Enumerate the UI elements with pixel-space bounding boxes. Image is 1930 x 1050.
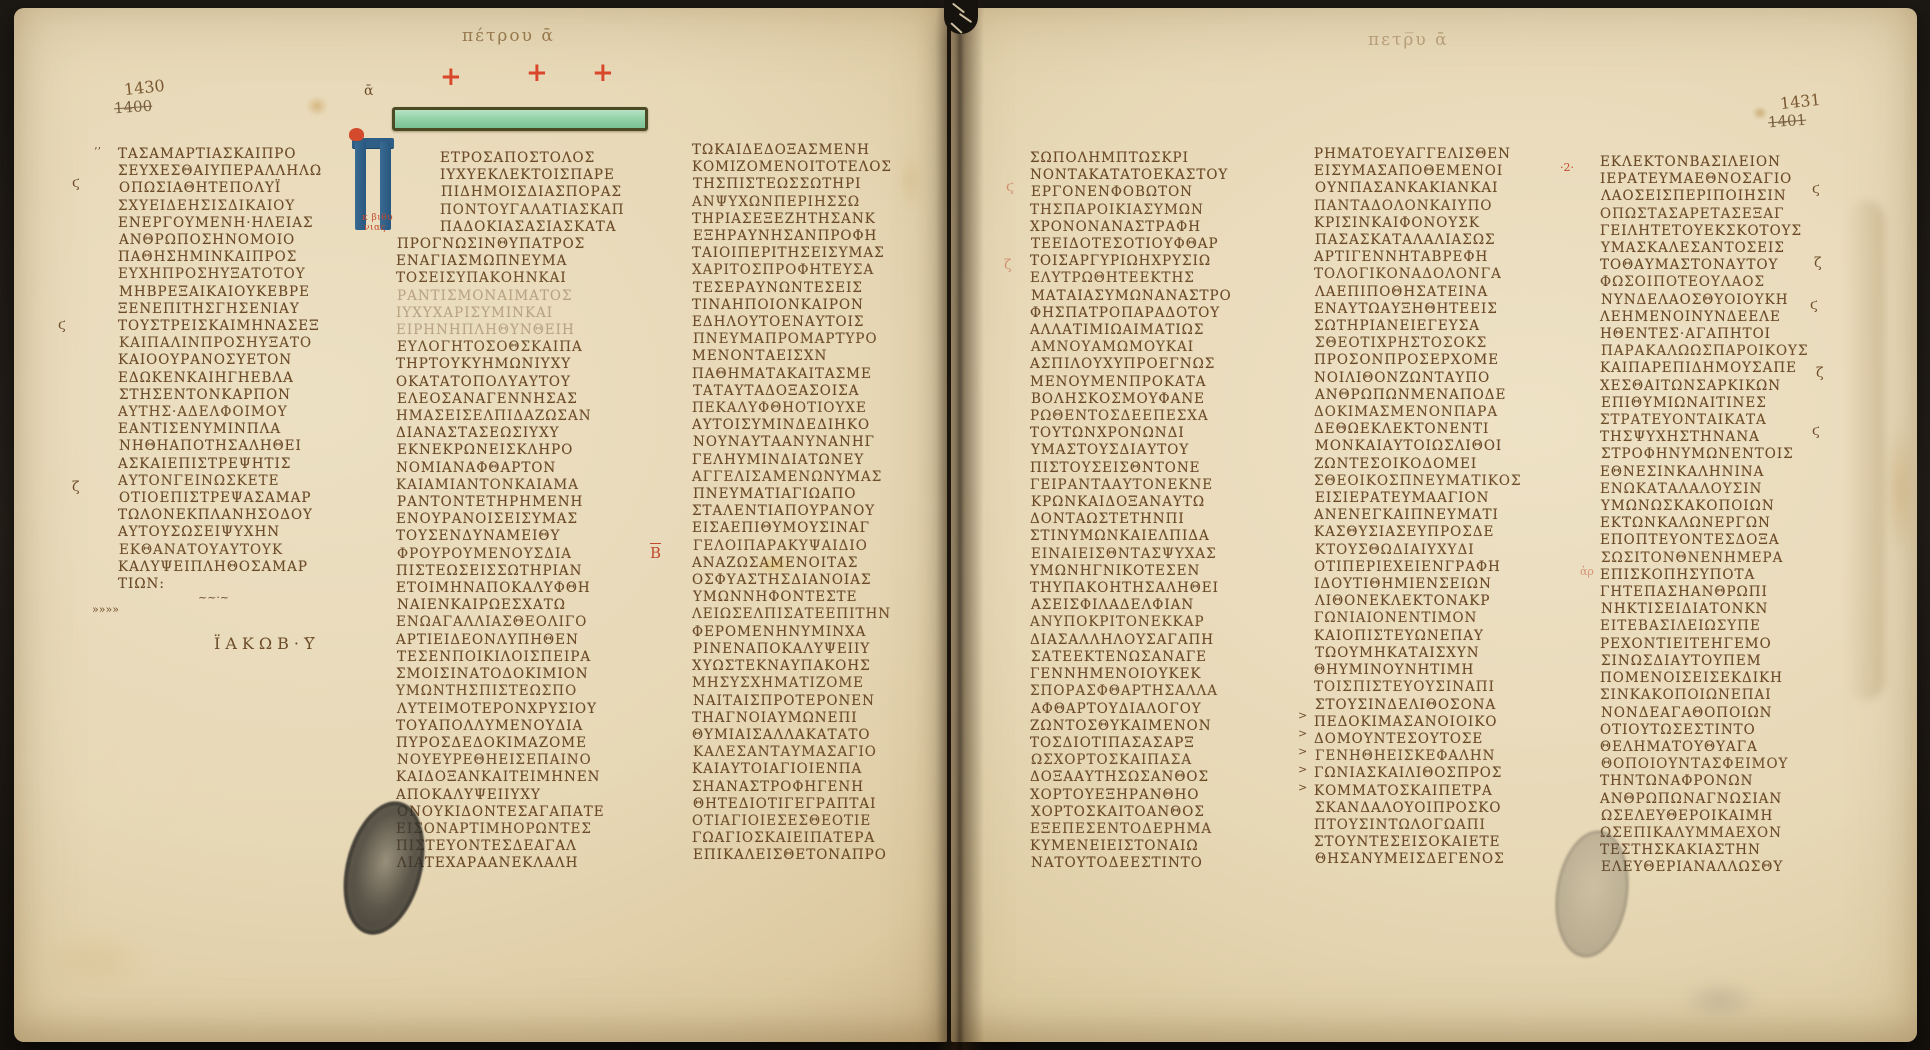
manuscript-text-line: ΤΟΥΣΕΝΔΥΝΑΜΕΙΘΥ (396, 528, 664, 545)
manuscript-text-line: ΟΤΙΠΕΡΙΕΧΕΙΕΝΓΡΑΦΗ (1314, 559, 1582, 576)
manuscript-text-line: ΚΑΛΕΣΑΝΤΑΥΜΑΣΑΓΙΟ (693, 744, 961, 761)
manuscript-text-line: ΜΑΤΑΙΑΣΥΜΩΝΑΝΑΣΤΡΟ (1031, 288, 1299, 305)
manuscript-text-line: ΚΑΙΑΜΙΑΝΤΟΝΚΑΙΑΜΑ (396, 477, 664, 494)
manuscript-text-line: ΠΙΣΤΕΩΣΕΙΣΣΩΤΗΡΙΑΝ (396, 563, 664, 580)
manuscript-text-line: ΣΚΑΝΔΑΛΟΥΟΙΠΡΟΣΚΟ (1315, 800, 1583, 817)
manuscript-text-line: ΣΤΑΛΕΝΤΙΑΠΟΥΡΑΝΟΥ (692, 503, 960, 520)
james-subscription: ΪΑΚΩΒ·Υ̅ (214, 634, 320, 653)
manuscript-text-line: ΥΜΑΣΤΟΥΣΔΙΑΥΤΟΥ (1031, 442, 1299, 459)
manuscript-text-line: ΤΩΟΥΜΗΚΑΤΑΙΣΧΥΝ (1315, 645, 1583, 662)
manuscript-text-line: ΠΡΟΓΝΩΣΙΝΘΥΠΑΤΡΟΣ (397, 236, 665, 253)
manuscript-text-line: ΤΗΑΓΝΟΙΑΥΜΩΝΕΠΙ (692, 710, 960, 727)
manuscript-text-line: ΑΝΨΥΧΩΝΠΕΡΙΗΣΣΩ (692, 194, 960, 211)
manuscript-text-line: ΑΥΤΟΙΣΥΜΙΝΔΕΔΙΗΚΟ (692, 417, 960, 434)
manuscript-text-line: ΧΡΟΝΟΝΑΝΑΣΤΡΑΦΗ (1030, 219, 1298, 236)
manuscript-text-line: ΠΟΝΤΟΥΓΑΛΑΤΙΑΣΚΑΠ (396, 202, 664, 219)
manuscript-text-line: ΜΕΝΟΝΤΑΕΙΣΧΝ (692, 348, 960, 365)
manuscript-text-line: ΚΑΙΟΟΥΡΑΝΟΣΥΕΤΟΝ (118, 352, 386, 369)
manuscript-text-line: ΡΑΝΤΟΝΤΕΤΗΡΗΜΕΝΗ (397, 494, 665, 511)
manuscript-text-line: ΙΕΡΑΤΕΥΜΑΕΘΝΟΣΑΓΙΟ (1600, 171, 1868, 188)
manuscript-text-line: ΝΑΙΤΑΙΣΠΡΟΤΕΡΟΝΕΝ (693, 693, 961, 710)
manuscript-text-line: ΕΞΕΠΕΣΕΝΤΟΔΕΡΗΜΑ (1030, 821, 1298, 838)
manuscript-text-line: ΛΥΤΕΙΜΟΤΕΡΟΝΧΡΥΣΙΟΥ (397, 701, 665, 718)
left-column-2-first-peter-opening: ΕΤΡΟΣΑΠΟΣΤΟΛΟΣΙΥΧΥΕΚΛΕΚΤΟΙΣΠΑΡΕΠΙΔΗΜΟΙΣΔ… (396, 150, 664, 873)
manuscript-text-line: ΕΘΝΕΣΙΝΚΑΛΗΝΙΝΑ (1600, 464, 1868, 481)
running-header-right: πετρ̅υ ᾱ (1368, 30, 1449, 50)
manuscript-text-line: ΕΙΡΗΝΗΠΛΗΘΥΝΘΕΙΗ (396, 322, 664, 339)
manuscript-text-line: ΤΑΣΑΜΑΡΤΙΑΣΚΑΙΠΡΟ (118, 146, 386, 163)
manuscript-text-line: ΕΠΙΘΥΜΙΩΝΑΙΤΙΝΕΣ (1601, 395, 1869, 412)
manuscript-text-line: ΩΣΕΛΕΥΘΕΡΟΙΚΑΙΜΗ (1601, 808, 1869, 825)
rubric-cross-icon: + (440, 62, 462, 92)
manuscript-text-line: ΣΧΥΕΙΔΕΗΣΙΣΔΙΚΑΙΟΥ (118, 198, 386, 215)
manuscript-text-line: ΔΟΝΤΑΩΣΤΕΤΗΝΠΙ (1030, 511, 1298, 528)
right-column-3: ΕΚΛΕΚΤΟΝΒΑΣΙΛΕΙΟΝΙΕΡΑΤΕΥΜΑΕΘΝΟΣΑΓΙΟΛΑΟΣΕ… (1600, 154, 1868, 877)
manuscript-text-line: ΟΝΟΥΚΙΔΟΝΤΕΣΑΓΑΠΑΤΕ (397, 804, 665, 821)
right-column-1: ΣΩΠΟΛΗΜΠΤΩΣΚΡΙΝΟΝΤΑΚΑΤΑΤΟΕΚΑΣΤΟΥΕΡΓΟΝΕΝΦ… (1030, 150, 1298, 873)
manuscript-text-line: ΚΤΟΥΣΘΩΔΙΑΙΥΧΥΔΙ (1315, 542, 1583, 559)
manuscript-text-line: ΕΙΝΑΙΕΙΣΘΝΤΑΣΨΥΧΑΣ (1031, 546, 1299, 563)
manuscript-text-line: ΤΟΛΟΓΙΚΟΝΑΔΟΛΟΝΓΑ (1314, 266, 1582, 283)
marginal-mark-chapter-numeral-beta: Β (650, 546, 661, 561)
manuscript-text-line: ΙΥΧΥΧΑΡΙΣΥΜΙΝΚΑΙ (396, 305, 664, 322)
manuscript-text-line: ΕΞΗΡΑΥΝΗΣΑΝΠΡΟΦΗ (693, 228, 961, 245)
manuscript-text-line: ΣΗΑΝΑΣΤΡΟΦΗΓΕΝΗ (692, 779, 960, 796)
manuscript-text-line: ΠΝΕΥΜΑΤΙΑΓΙΩΑΠΟ (693, 486, 961, 503)
manuscript-text-line: ΑΝΘΡΩΠΟΣΗΝΟΜΟΙΟ (119, 232, 387, 249)
manuscript-text-line: ΣΤΡΑΤΕΥΟΝΤΑΙΚΑΤΑ (1600, 412, 1868, 429)
manuscript-text-line: ΠΙΔΗΜΟΙΣΔΙΑΣΠΟΡΑΣ (397, 184, 665, 201)
manuscript-text-line: ΗΘΕΝΤΕΣ·ΑΓΑΠΗΤΟΙ (1600, 326, 1868, 343)
manuscript-text-line: ΤΟΣΔΙΟΤΙΠΑΣΑΣΑΡΞ (1030, 735, 1298, 752)
manuscript-text-line: ΥΜΑΣΚΑΛΕΣΑΝΤΟΣΕΙΣ (1601, 240, 1869, 257)
marginal-mark-edge-sign-2: ζ (1814, 256, 1822, 270)
manuscript-text-line: ΚΟΜΜΑΤΟΣΚΑΙΠΕΤΡΑ (1314, 783, 1582, 800)
manuscript-text-line: ΔΟΜΟΥΝΤΕΣΟΥΤΟΣΕ (1314, 731, 1582, 748)
marginal-mark-diple-3: > (1298, 746, 1307, 757)
manuscript-text-line: ΦΗΣΠΑΤΡΟΠΑΡΑΔΟΤΟΥ (1030, 305, 1298, 322)
manuscript-text-line: ΣΙΝΚΑΚΟΠΟΙΩΝΕΠΑΙ (1600, 687, 1868, 704)
manuscript-text-line: ΩΣΕΠΙΚΑΛΥΜΜΑΕΧΟΝ (1600, 825, 1868, 842)
manuscript-text-line: ΠΑΔΟΚΙΑΣΑΣΙΑΣΚΑΤΑ (396, 219, 664, 236)
manuscript-text-line: ΝΟΥΕΥΡΕΘΗΕΙΣΕΠΑΙΝΟ (397, 752, 665, 769)
manuscript-text-line: ΠΑΝΤΑΔΟΛΟΝΚΑΙΥΠΟ (1314, 198, 1582, 215)
manuscript-text-line: ΣΤΙΝΥΜΩΝΚΑΙΕΛΠΙΔΑ (1030, 528, 1298, 545)
manuscript-text-line: ΧΟΡΤΟΥΕΞΗΡΑΝΘΗΟ (1030, 787, 1298, 804)
manuscript-text-line: ΓΕΙΛΗΤΕΤΟΥΕΚΣΚΟΤΟΥΣ (1600, 223, 1868, 240)
manuscript-text-line: ΕΚΛΕΚΤΟΝΒΑΣΙΛΕΙΟΝ (1600, 154, 1868, 171)
manuscript-text-line: ΦΡΟΥΡΟΥΜΕΝΟΥΣΔΙΑ (397, 546, 665, 563)
manuscript-text-line: ΞΕΝΕΠΙΤΗΣΓΗΣΕΝΙΑΥ (118, 301, 386, 318)
manuscript-text-line: ΘΗΥΜΙΝΟΥΝΗΤΙΜΗ (1314, 662, 1582, 679)
manuscript-text-line: ΑΣΚΑΙΕΠΙΣΤΡΕΨΗΤΙΣ (118, 456, 386, 473)
manuscript-text-line: ΕΝΩΑΓΑΛΛΙΑΣΘΕΟΛΙΓΟ (396, 614, 664, 631)
manuscript-text-line: ΑΓΓΕΛΙΣΑΜΕΝΩΝΥΜΑΣ (692, 469, 960, 486)
manuscript-text-line: ΩΣΧΟΡΤΟΣΚΑΙΠΑΣΑ (1031, 752, 1299, 769)
manuscript-text-line: ΘΕΛΗΜΑΤΟΥΘΥΑΓΑ (1600, 739, 1868, 756)
manuscript-text-line: ΥΜΩΝΤΗΣΠΙΣΤΕΩΣΠΟ (396, 683, 664, 700)
left-column-1-james-ending: ΤΑΣΑΜΑΡΤΙΑΣΚΑΙΠΡΟΣΕΥΧΕΣΘΑΙΥΠΕΡΑΛΛΗΛΩΟΠΩΣ… (118, 146, 386, 593)
manuscript-text-line: ΠΑΘΗΜΑΤΑΚΑΙΤΑΣΜΕ (692, 366, 960, 383)
manuscript-text-line: ΠΕΔΟΚΙΜΑΣΑΝΟΙΟΙΚΟ (1314, 714, 1582, 731)
manuscript-text-line: ΕΠΟΠΤΕΥΟΝΤΕΣΔΟΞΑ (1600, 532, 1868, 549)
manuscript-text-line: ΣΩΠΟΛΗΜΠΤΩΣΚΡΙ (1030, 150, 1298, 167)
manuscript-text-line: ΤΩΛΟΝΕΚΠΛΑΝΗΣΟΔΟΥ (118, 507, 386, 524)
manuscript-text-line: ΑΝΘΡΩΠΩΝΑΓΝΩΣΙΑΝ (1600, 791, 1868, 808)
manuscript-text-line: ΓΩΑΓΙΟΣΚΑΙΕΙΠΑΤΕΡΑ (692, 830, 960, 847)
manuscript-text-line: ΣΠΟΡΑΣΦΘΑΡΤΗΣΑΛΛΑ (1030, 683, 1298, 700)
manuscript-text-line: ΕΠΙΚΑΛΕΙΣΘΕΤΟΝΑΠΡΟ (693, 847, 961, 864)
marginal-mark-edge-sign-1: ϛ (1812, 182, 1820, 196)
manuscript-text-line: ΑΜΝΟΥΑΜΩΜΟΥΚΑΙ (1031, 339, 1299, 356)
manuscript-text-line: ΕΔΗΛΟΥΤΟΕΝΑΥΤΟΙΣ (692, 314, 960, 331)
manuscript-text-line: ΝΑΙΕΝΚΑΙΡΩΕΣΧΑΤΩ (397, 597, 665, 614)
manuscript-text-line: ΜΗΒΡΕΞΑΙΚΑΙΟΥΚΕΒΡΕ (119, 284, 387, 301)
manuscript-text-line: ΤΗΣΠΙΣΤΕΩΣΣΩΤΗΡΙ (693, 176, 961, 193)
marginal-mark-squiggle-row: »»»» (92, 604, 119, 615)
codex-photograph: πέτρου ᾱ πετρ̅υ ᾱ 1430 1400 1431 1401 + … (0, 0, 1930, 1050)
manuscript-text-line: ΕΚΤΩΝΚΑΛΩΝΕΡΓΩΝ (1600, 515, 1868, 532)
manuscript-text-line: ΤΟΥΣΤΡΕΙΣΚΑΙΜΗΝΑΣΕΞ (118, 318, 386, 335)
manuscript-text-line: ΝΑΤΟΥΤΟΔΕΕΣΤΙΝΤΟ (1031, 855, 1299, 872)
manuscript-text-line: ΓΕΝΝΗΜΕΝΟΙΟΥΚΕΚ (1030, 666, 1298, 683)
running-header-left: πέτρου ᾱ (462, 26, 555, 46)
manuscript-text-line: ΕΤΟΙΜΗΝΑΠΟΚΑΛΥΦΘΗ (396, 580, 664, 597)
manuscript-text-line: ΕΠΙΣΚΟΠΗΣΥΠΟΤΑ (1600, 567, 1868, 584)
manuscript-text-line: ΤΩΚΑΙΔΕΔΟΞΑΣΜΕΝΗ (692, 142, 960, 159)
manuscript-text-line: ΓΕΙΡΑΝΤΑΑΥΤΟΝΕΚΝΕ (1030, 477, 1298, 494)
manuscript-text-line: ΣΜΟΙΣΙΝΑΤΟΔΟΚΙΜΙΟΝ (396, 666, 664, 683)
marginal-mark-margin-sign-1: ϛ (72, 176, 80, 190)
manuscript-text-line: ΠΑΘΗΣΗΜΙΝΚΑΙΠΡΟΣ (118, 249, 386, 266)
manuscript-text-line: ΣΙΝΩΣΔΙΑΥΤΟΥΠΕΜ (1601, 653, 1869, 670)
manuscript-text-line: ΘΗΣΑΝΥΜΕΙΣΔΕΓΕΝΟΣ (1315, 851, 1583, 868)
manuscript-text-line: ΝΥΝΔΕΛΑΟΣΘΥΟΙΟΥΚΗ (1601, 292, 1869, 309)
manuscript-text-line: ΡΙΝΕΝΑΠΟΚΑΛΥΨΕΙΙΥ (693, 641, 961, 658)
manuscript-text-line: ΟΚΑΤΑΤΟΠΟΛΥΑΥΤΟΥ (396, 374, 664, 391)
manuscript-text-line: ΕΛΕΟΣΑΝΑΓΕΝΝΗΣΑΣ (397, 391, 665, 408)
manuscript-text-line: ΔΙΑΝΑΣΤΑΣΕΩΣΙΥΧΥ (396, 425, 664, 442)
manuscript-text-line: ΕΙΤΕΒΑΣΙΛΕΙΩΣΥΠΕ (1600, 618, 1868, 635)
marginal-mark-edge-sign-4: ζ (1816, 366, 1824, 380)
manuscript-text-line: ΑΣΠΙΛΟΥΧΥΠΡΟΕΓΝΩΣ (1030, 356, 1298, 373)
manuscript-text-line: ΖΩΝΤΟΣΘΥΚΑΙΜΕΝΟΝ (1030, 718, 1298, 735)
manuscript-text-line: ΙΔΟΥΤΙΘΗΜΙΕΝΣΕΙΩΝ (1314, 576, 1582, 593)
marginal-mark-end-ornament: ~~·~ (198, 592, 229, 603)
manuscript-text-line: ΟΥΝΠΑΣΑΝΚΑΚΙΑΝΚΑΙ (1315, 180, 1583, 197)
manuscript-text-line: ΚΑΙΟΠΙΣΤΕΥΩΝΕΠΑΥ (1314, 628, 1582, 645)
manuscript-text-line: ΛΕΗΜΕΝΟΙΝΥΝΔΕΕΛΕ (1600, 309, 1868, 326)
manuscript-text-line: ΑΥΤΟΥΣΩΣΕΙΨΥΧΗΝ (118, 524, 386, 541)
manuscript-text-line: ΑΥΤΟΝΓΕΙΝΩΣΚΕΤΕ (118, 473, 386, 490)
manuscript-text-line: ΤΗΣΨΥΧΗΣΤΗΝΑΝΑ (1600, 429, 1868, 446)
manuscript-text-line: ΤΟΣΕΙΣΥΠΑΚΟΗΝΚΑΙ (396, 270, 664, 287)
manuscript-text-line: ΠΡΟΣΟΝΠΡΟΣΕΡΧΟΜΕ (1314, 352, 1582, 369)
manuscript-text-line: ΚΟΜΙΖΟΜΕΝΟΙΤΟΤΕΛΟΣ (692, 159, 960, 176)
manuscript-text-line: ΣΤΟΥΣΙΝΔΕΛΙΘΟΣΟΝΑ (1315, 697, 1583, 714)
manuscript-text-line: ΕΝΟΥΡΑΝΟΙΣΕΙΣΥΜΑΣ (396, 511, 664, 528)
manuscript-text-line: ΓΕΛΗΥΜΙΝΔΙΑΤΩΝΕΥ (692, 452, 960, 469)
manuscript-text-line: ΤΕΣΕΡΑΥΝΩΝΤΕΣΕΙΣ (693, 280, 961, 297)
manuscript-text-line: ΚΑΙΔΟΞΑΝΚΑΙΤΕΙΜΗΝΕΝ (396, 769, 664, 786)
marginal-mark-diple-5: > (1298, 782, 1307, 793)
marginal-mark-quote-marks: ’’ (94, 146, 101, 157)
manuscript-text-line: ΥΜΩΝΩΣΚΑΚΟΠΟΙΩΝ (1601, 498, 1869, 515)
manuscript-text-line: ΑΡΤΙΓΕΝΝΗΤΑΒΡΕΦΗ (1314, 249, 1582, 266)
manuscript-text-line: ΑΝΑΖΩΣΑΜΕΝΟΙΤΑΣ (692, 555, 960, 572)
marginal-mark-lection-note: ἀρ (1580, 566, 1594, 577)
manuscript-text-line: ΤΗΡΤΟΥΚΥΗΜΩΝΙΥΧΥ (396, 356, 664, 373)
manuscript-text-line: ΤΕΣΕΝΠΟΙΚΙΛΟΙΣΠΕΙΡΑ (397, 649, 665, 666)
manuscript-text-line: ΑΝΥΠΟΚΡΙΤΟΝΕΚΚΑΡ (1030, 614, 1298, 631)
manuscript-text-line: ΣΤΡΟΦΗΝΥΜΩΝΕΝΤΟΙΣ (1601, 446, 1869, 463)
manuscript-text-line: ΟΣΦΥΑΣΤΗΣΔΙΑΝΟΙΑΣ (692, 572, 960, 589)
manuscript-text-line: ΝΟΝΔΕΑΓΑΘΟΠΟΙΩΝ (1601, 705, 1869, 722)
marginal-mark-diple-4: > (1298, 764, 1307, 775)
manuscript-text-line: ΗΜΑΣΕΙΣΕΛΠΙΔΑΖΩΣΑΝ (396, 408, 664, 425)
manuscript-text-line: ΣΘΕΟΙΚΟΣΠΝΕΥΜΑΤΙΚΟΣ (1314, 473, 1582, 490)
manuscript-text-line: ΜΟΝΚΑΙΑΥΤΟΙΩΣΛΙΘΟΙ (1315, 438, 1583, 455)
manuscript-text-line: ΑΝΕΝΕΓΚΑΙΠΝΕΥΜΑΤΙ (1314, 507, 1582, 524)
manuscript-text-line: ΑΠΟΚΑΛΥΨΕΙΙΥΧΥ (396, 787, 664, 804)
manuscript-text-line: ΚΥΜΕΝΕΙΕΙΣΤΟΝΑΙΩ (1030, 838, 1298, 855)
manuscript-text-line: ΛΕΙΩΣΕΛΠΙΣΑΤΕΕΠΙΤΗΝ (692, 606, 960, 623)
page-number-left-struck: 1400 (113, 97, 152, 118)
manuscript-text-line: ΟΠΩΣΤΑΣΑΡΕΤΑΣΕΞΑΓ (1600, 206, 1868, 223)
manuscript-text-line: ΒΟΛΗΣΚΟΣΜΟΥΦΑΝΕ (1031, 391, 1299, 408)
manuscript-text-line: ΤΟΙΣΑΡΓΥΡΙΩΗΧΡΥΣΙΩ (1030, 253, 1298, 270)
right-column-2: ΡΗΜΑΤΟΕΥΑΓΓΕΛΙΣΘΕΝΕΙΣΥΜΑΣΑΠΟΘΕΜΕΝΟΙΟΥΝΠΑ… (1314, 146, 1582, 869)
manuscript-text-line: ΑΥΤΗΣ·ΑΔΕΛΦΟΙΜΟΥ (118, 404, 386, 421)
manuscript-text-line: ΕΤΡΟΣΑΠΟΣΤΟΛΟΣ (396, 150, 664, 167)
manuscript-text-line: ΣΕΥΧΕΣΘΑΙΥΠΕΡΑΛΛΗΛΩ (118, 163, 386, 180)
manuscript-text-line: ΔΟΞΑΑΥΤΗΣΩΣΑΝΘΟΣ (1030, 769, 1298, 786)
marginal-mark-diple-1: > (1298, 710, 1307, 721)
manuscript-text-line: ΑΝΘΡΩΠΩΝΜΕΝΑΠΟΔΕ (1315, 387, 1583, 404)
manuscript-text-line: ΘΥΜΙΑΙΣΑΛΛΑΚΑΤΑΤΟ (692, 727, 960, 744)
manuscript-text-line: ΤΟΥΤΩΝΧΡΟΝΩΝΔΙ (1030, 425, 1298, 442)
manuscript-text-line: ΤΕΣΤΗΣΚΑΚΙΑΣΤΗΝ (1600, 842, 1868, 859)
manuscript-text-line: ΠΙΣΤΟΥΣΕΙΣΘΝΤΟΝΕ (1030, 460, 1298, 477)
manuscript-text-line: ΕΛΥΤΡΩΘΗΤΕΕΚΤΗΣ (1030, 270, 1298, 287)
manuscript-text-line: ΕΝΕΡΓΟΥΜΕΝΗ·ΗΛΕΙΑΣ (118, 215, 386, 232)
manuscript-text-line: ΧΥΩΣΤΕΚΝΑΥΠΑΚΟΗΣ (692, 658, 960, 675)
manuscript-text-line: ΓΕΝΗΘΗΕΙΣΚΕΦΑΛΗΝ (1315, 748, 1583, 765)
manuscript-text-line: ΝΟΝΤΑΚΑΤΑΤΟΕΚΑΣΤΟΥ (1030, 167, 1298, 184)
manuscript-text-line: ΕΝΑΓΙΑΣΜΩΠΝΕΥΜΑ (396, 253, 664, 270)
manuscript-text-line: ΑΦΘΑΡΤΟΥΔΙΑΛΟΓΟΥ (1031, 701, 1299, 718)
manuscript-text-line: ΤΙΝΑΗΠΟΙΟΝΚΑΙΡΟΝ (692, 297, 960, 314)
marginal-mark-margin-sign-2: ϛ (58, 318, 66, 332)
left-column-3: ΤΩΚΑΙΔΕΔΟΞΑΣΜΕΝΗΚΟΜΙΖΟΜΕΝΟΙΤΟΤΕΛΟΣΤΗΣΠΙΣ… (692, 142, 960, 865)
marginal-mark-margin-sign-red-1: ϛ (1006, 180, 1014, 194)
manuscript-text-line: ΤΗΝΤΩΝΑΦΡΟΝΩΝ (1600, 773, 1868, 790)
manuscript-text-line: ΝΟΥΝΑΥΤΑΑΝΥΝΑΝΗΓ (693, 434, 961, 451)
manuscript-text-line: ΦΩΣΟΙΠΟΤΕΟΥΛΑΟΣ (1600, 274, 1868, 291)
manuscript-text-line: ΣΑΤΕΕΚΤΕΝΩΣΑΝΑΓΕ (1031, 649, 1299, 666)
manuscript-text-line: ΠΥΡΟΣΔΕΔΟΚΙΜΑΖΟΜΕ (396, 735, 664, 752)
manuscript-text-line: ΡΗΜΑΤΟΕΥΑΓΓΕΛΙΣΘΕΝ (1314, 146, 1582, 163)
manuscript-text-line: ΤΗΣΠΑΡΟΙΚΙΑΣΥΜΩΝ (1030, 202, 1298, 219)
manuscript-text-line: ΕΙΣΙΕΡΑΤΕΥΜΑΑΓΙΟΝ (1315, 490, 1583, 507)
manuscript-text-line: ΑΛΛΑΤΙΜΙΩΑΙΜΑΤΙΩΣ (1030, 322, 1298, 339)
manuscript-text-line: ΣΩΣΙΤΟΝΘΝΕΝΗΜΕΡΑ (1601, 550, 1869, 567)
manuscript-text-line: ΤΕΕΙΔΟΤΕΣΟΤΙΟΥΦΘΑΡ (1031, 236, 1299, 253)
manuscript-text-line: ΤΙΩΝ: (118, 576, 386, 593)
marginal-mark-margin-sign-3: ζ (72, 480, 80, 494)
manuscript-text-line: ΥΜΩΝΗΓΝΙΚΟΤΕΣΕΝ (1030, 563, 1298, 580)
manuscript-text-line: ΣΤΗΣΕΝΤΟΝΚΑΡΠΟΝ (119, 387, 387, 404)
manuscript-text-line: ΓΗΤΕΠΑΣΗΑΝΘΡΩΠΙ (1600, 584, 1868, 601)
manuscript-text-line: ΠΑΡΑΚΑΛΩΩΣΠΑΡΟΙΚΟΥΣ (1601, 343, 1869, 360)
manuscript-text-line: ΤΟΘΑΥΜΑΣΤΟΝΑΥΤΟΥ (1600, 257, 1868, 274)
manuscript-text-line: ΡΕΧΟΝΤΙΕΙΤΕΗΓΕΜΟ (1600, 636, 1868, 653)
manuscript-text-line: ΠΤΟΥΣΙΝΤΩΛΟΓΩΑΠΙ (1314, 817, 1582, 834)
manuscript-text-line: ΛΙΑΤΕΧΑΡΑΑΝΕΚΛΑΛΗ (397, 855, 665, 872)
manuscript-text-line: ΚΑΙΑΥΤΟΙΑΓΙΟΙΕΝΠΑ (692, 761, 960, 778)
manuscript-text-line: ΧΑΡΙΤΟΣΠΡΟΦΗΤΕΥΣΑ (692, 262, 960, 279)
manuscript-text-line: ΓΩΝΙΑΣΚΑΙΛΙΘΟΣΠΡΟΣ (1314, 765, 1582, 782)
manuscript-text-line: ΚΑΛΥΨΕΙΠΛΗΘΟΣΑΜΑΡ (118, 559, 386, 576)
manuscript-text-line: ΦΕΡΟΜΕΝΗΝΥΜΙΝΧΑ (692, 624, 960, 641)
marginal-mark-section-numeral-2: ·2· (1560, 162, 1574, 173)
manuscript-text-line: ΕΡΓΟΝΕΝΦΟΒΩΤΟΝ (1031, 184, 1299, 201)
manuscript-text-line: ΤΗΥΠΑΚΟΗΤΗΣΑΛΗΘΕΙ (1030, 580, 1298, 597)
manuscript-text-line: ΑΣΕΙΣΦΙΛΑΔΕΛΦΙΑΝ (1031, 597, 1299, 614)
manuscript-text-line: ΠΝΕΥΜΑΠΡΟΜΑΡΤΥΡΟ (693, 331, 961, 348)
manuscript-text-line: ΚΑΙΠΑΛΙΝΠΡΟΣΗΥΞΑΤΟ (119, 335, 387, 352)
manuscript-text-line: ΔΙΑΣΑΛΛΗΛΟΥΣΑΓΑΠΗ (1030, 632, 1298, 649)
manuscript-text-line: ΚΡΙΣΙΝΚΑΙΦΟΝΟΥΣΚ (1314, 215, 1582, 232)
incipit-headband (392, 107, 648, 131)
manuscript-text-line: ΕΥΛΟΓΗΤΟΣΟΘΣΚΑΙΠΑ (397, 339, 665, 356)
manuscript-text-line: ΕΛΕΥΘΕΡΙΑΝΑΛΛΩΣΘΥ (1601, 859, 1869, 876)
manuscript-text-line: ΕΚΘΑΝΑΤΟΥΑΥΤΟΥΚ (119, 542, 387, 559)
manuscript-text-line: ΕΚΝΕΚΡΩΝΕΙΣΚΛΗΡΟ (397, 442, 665, 459)
manuscript-text-line: ΝΟΜΙΑΝΑΦΘΑΡΤΟΝ (396, 460, 664, 477)
manuscript-text-line: ΖΩΝΤΕΣΟΙΚΟΔΟΜΕΙ (1314, 456, 1582, 473)
manuscript-text-line: ΕΑΝΤΙΣΕΝΥΜΙΝΠΛΑ (118, 421, 386, 438)
manuscript-text-line: ΛΙΘΟΝΕΚΛΕΚΤΟΝΑΚΡ (1315, 593, 1583, 610)
manuscript-text-line: ΑΡΤΙΕΙΔΕΟΝΛΥΠΗΘΕΝ (396, 632, 664, 649)
manuscript-text-line: ΟΤΙΟΕΠΙΣΤΡΕΨΑΣΑΜΑΡ (119, 490, 387, 507)
marginal-mark-corrector-note-line-1: κ βιθυ (362, 214, 393, 223)
manuscript-text-line: ΕΙΣΥΜΑΣΑΠΟΘΕΜΕΝΟΙ (1314, 163, 1582, 180)
manuscript-text-line: ΙΥΧΥΕΚΛΕΚΤΟΙΣΠΑΡΕ (396, 167, 664, 184)
manuscript-text-line: ΟΠΩΣΙΑΘΗΤΕΠΟΛΥΪ (119, 180, 387, 197)
manuscript-text-line: ΕΙΣΟΝΑΡΤΙΜΗΟΡΩΝΤΕΣ (396, 821, 664, 838)
manuscript-text-line: ΥΜΩΝΝΗΦΟΝΤΕΣΤΕ (693, 589, 961, 606)
binding-notch (944, 0, 978, 34)
manuscript-text-line: ΕΝΩΚΑΤΑΛΑΛΟΥΣΙΝ (1600, 481, 1868, 498)
page-number-right-struck: 1401 (1767, 111, 1806, 132)
manuscript-text-line: ΜΕΝΟΥΜΕΝΠΡΟΚΑΤΑ (1030, 374, 1298, 391)
manuscript-text-line: ΣΩΤΗΡΙΑΝΕΙΕΓΕΥΣΑ (1314, 318, 1582, 335)
manuscript-text-line: ΚΑΣΘΥΣΙΑΣΕΥΠΡΟΣΔΕ (1314, 524, 1582, 541)
marginal-mark-edge-sign-3: ϛ (1810, 298, 1818, 312)
manuscript-text-line: ΠΙΣΤΕΥΟΝΤΕΣΔΕΑΓΑΛ (396, 838, 664, 855)
manuscript-text-line: ΝΗΚΤΙΣΕΙΔΙΑΤΟΝΚΝ (1601, 601, 1869, 618)
manuscript-text-line: ΛΑΟΣΕΙΣΠΕΡΙΠΟΙΗΣΙΝ (1601, 188, 1869, 205)
manuscript-text-line: ΟΤΙΑΓΙΟΙΕΣΕΣΘΕΟΤΙΕ (692, 813, 960, 830)
marginal-mark-corrector-note-line-2: νιας (364, 224, 386, 233)
manuscript-text-line: ΓΩΝΙΑΙΟΝΕΝΤΙΜΟΝ (1314, 610, 1582, 627)
manuscript-text-line: ΠΕΚΑΛΥΦΘΗΟΤΙΟΥΧΕ (692, 400, 960, 417)
manuscript-text-line: ΛΑΕΠΙΠΟΘΗΣΑΤΕΙΝΑ (1315, 284, 1583, 301)
manuscript-text-line: ΠΑΣΑΣΚΑΤΑΛΑΛΙΑΣΩΣ (1315, 232, 1583, 249)
manuscript-text-line: ΤΑΤΑΥΤΑΔΟΞΑΣΟΙΣΑ (693, 383, 961, 400)
manuscript-text-line: ΡΑΝΤΙΣΜΟΝΑΙΜΑΤΟΣ (397, 288, 665, 305)
manuscript-text-line: ΧΕΣΘΑΙΤΩΝΣΑΡΚΙΚΩΝ (1600, 378, 1868, 395)
manuscript-text-line: ΚΡΩΝΚΑΙΔΟΞΑΝΑΥΤΩ (1031, 494, 1299, 511)
manuscript-text-line: ΔΟΚΙΜΑΣΜΕΝΟΝΠΑΡΑ (1314, 404, 1582, 421)
manuscript-text-line: ΕΔΩΚΕΝΚΑΙΗΓΗΕΒΛΑ (118, 370, 386, 387)
manuscript-text-line: ΣΘΕΟΤΙΧΡΗΣΤΟΣΟΚΣ (1315, 335, 1583, 352)
manuscript-text-line: ΝΗΘΗΑΠΟΤΗΣΑΛΗΘΕΙ (119, 438, 387, 455)
manuscript-text-line: ΣΤΟΥΝΤΕΣΕΙΣΟΚΑΙΕΤΕ (1314, 834, 1582, 851)
manuscript-text-line: ΓΕΛΟΙΠΑΡΑΚΥΨΑΙΔΙΟ (693, 538, 961, 555)
rubric-cross-icon: + (592, 58, 614, 88)
manuscript-text-line: ΟΤΙΟΥΤΩΣΕΣΤΙΝΤΟ (1600, 722, 1868, 739)
manuscript-text-line: ΝΟΙΛΙΘΟΝΖΩΝΤΑΥΠΟ (1314, 370, 1582, 387)
manuscript-text-line: ΜΗΣΥΣΧΗΜΑΤΙΖΟΜΕ (692, 675, 960, 692)
marginal-mark-chapter-numeral-alpha: ᾱ (364, 84, 373, 98)
rubric-cross-icon: + (526, 58, 548, 88)
manuscript-text-line: ΘΗΤΕΔΙΟΤΙΓΕΓΡΑΠΤΑΙ (693, 796, 961, 813)
manuscript-text-line: ΘΟΠΟΙΟΥΝΤΑΣΦΕΙΜΟΥ (1601, 756, 1869, 773)
manuscript-text-line: ΕΥΧΗΠΡΟΣΗΥΞΑΤΟΤΟΥ (118, 266, 386, 283)
manuscript-text-line: ΠΟΜΕΝΟΙΣΕΙΣΕΚΔΙΚΗ (1600, 670, 1868, 687)
manuscript-text-line: ΚΑΙΠΑΡΕΠΙΔΗΜΟΥΣΑΠΕ (1600, 360, 1868, 377)
manuscript-text-line: ΤΑΙΟΙΠΕΡΙΤΗΣΕΙΣΥΜΑΣ (692, 245, 960, 262)
manuscript-text-line: ΤΗΡΙΑΣΕΞΕΖΗΤΗΣΑΝΚ (692, 211, 960, 228)
manuscript-text-line: ΤΟΥΑΠΟΛΛΥΜΕΝΟΥΔΙΑ (396, 718, 664, 735)
marginal-mark-diple-2: > (1298, 728, 1307, 739)
marginal-mark-margin-sign-red-2: ζ (1004, 258, 1012, 272)
manuscript-text-line: ΧΟΡΤΟΣΚΑΙΤΟΑΝΘΟΣ (1031, 804, 1299, 821)
manuscript-text-line: ΤΟΙΣΠΙΣΤΕΥΟΥΣΙΝΑΠΙ (1314, 679, 1582, 696)
manuscript-text-line: ΕΝΑΥΤΩΑΥΞΗΘΗΤΕΕΙΣ (1314, 301, 1582, 318)
manuscript-text-line: ΕΙΣΑΕΠΙΘΥΜΟΥΣΙΝΑΓ (692, 520, 960, 537)
manuscript-text-line: ΡΩΘΕΝΤΟΣΔΕΕΠΕΣΧΑ (1030, 408, 1298, 425)
marginal-mark-edge-sign-5: ϛ (1812, 424, 1820, 438)
manuscript-text-line: ΔΕΘΩΕΚΛΕΚΤΟΝΕΝΤΙ (1314, 421, 1582, 438)
